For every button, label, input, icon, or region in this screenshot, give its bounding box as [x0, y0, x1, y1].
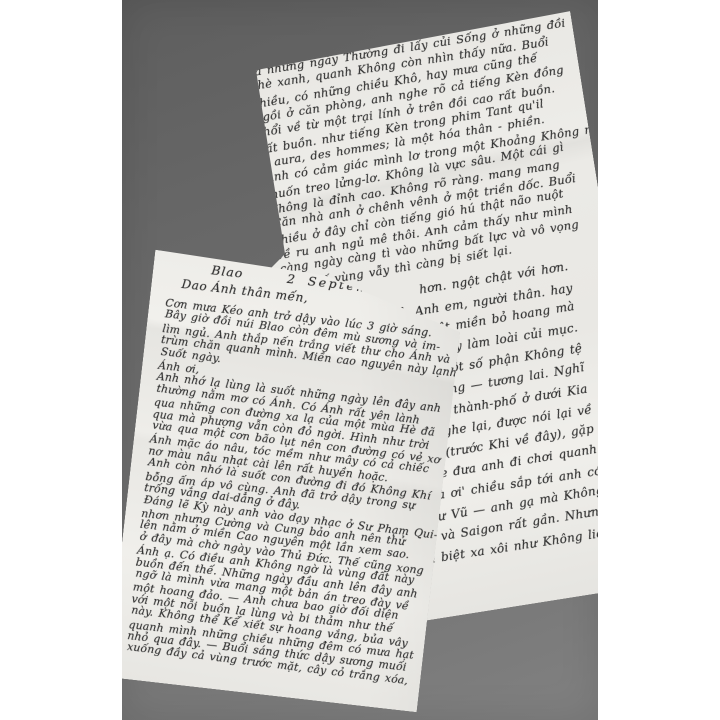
letter-place: Blao [211, 262, 245, 281]
handwriting-block-front: Cơn mưa Kéo anh trở dậy vào lúc 3 giờ sá… [125, 297, 454, 687]
photo-page: và những ngày Thường đi lấy củi Sống ở n… [0, 0, 720, 720]
photograph-background: và những ngày Thường đi lấy củi Sống ở n… [122, 0, 598, 720]
letter-page-front: Blao2 Septembre 1964 Dao Ánh thân mến, C… [122, 250, 465, 713]
handwriting-block-back: và những ngày Thường đi lấy củi Sống ở n… [247, 15, 598, 294]
